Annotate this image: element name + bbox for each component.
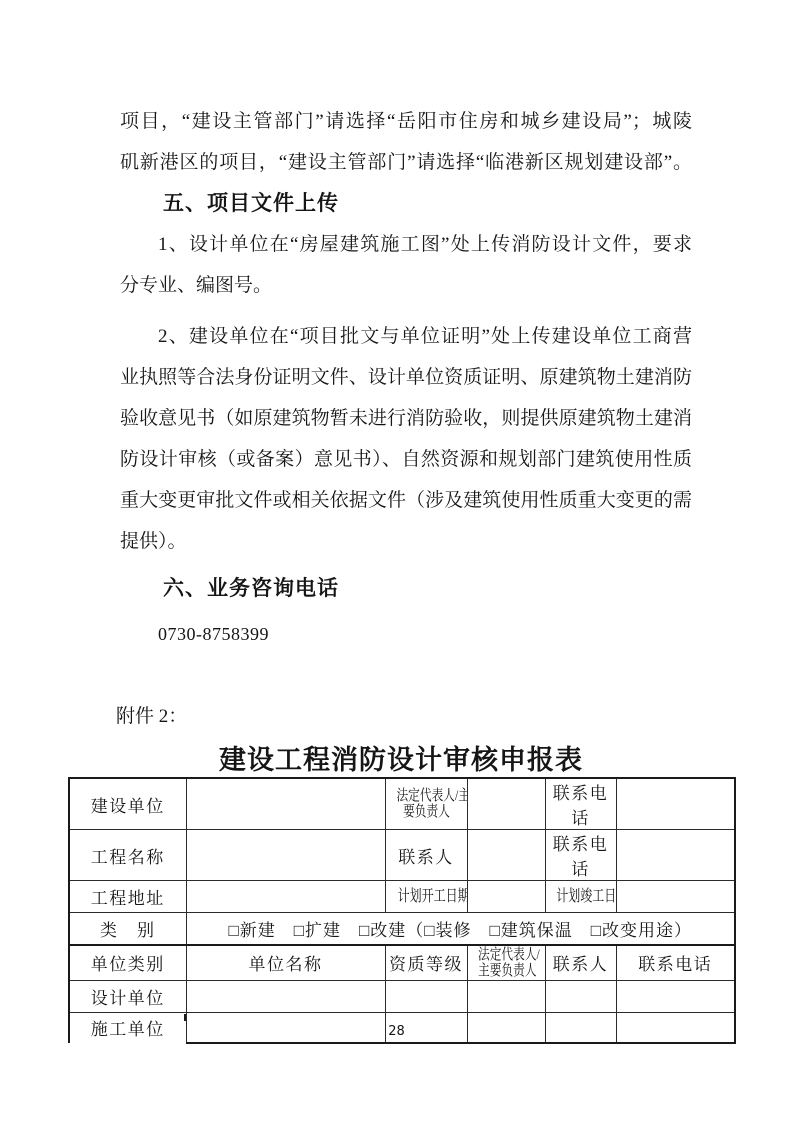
section-heading-5: 五、项目文件上传	[163, 192, 339, 216]
document-page: 项目，“建设主管部门”请选择“岳阳市住房和城乡建设局”；城陵 矶新港区的项目，“…	[0, 0, 793, 1122]
cell-label: 联系电话	[545, 830, 616, 881]
cell-label-line: 法定代表人/	[478, 947, 535, 963]
table-row-project-name: 工程名称 联系人 联系电话	[69, 830, 735, 881]
form-title: 建设工程消防设计审核申报表	[68, 738, 734, 777]
text-line: 提供）。	[120, 521, 692, 562]
cell-label: 设计单位	[69, 981, 186, 1013]
text-line: 矶新港区的项目，“建设主管部门”请选择“临港新区规划建设部”。	[120, 142, 692, 183]
body-paragraph-2: 2、建设单位在“项目批文与单位证明”处上传建设单位工商营 业执照等合法身份证明文…	[120, 316, 692, 562]
cell-label: 法定代表人/ 主要负责人	[467, 945, 545, 981]
text-line: 验收意见书（如原建筑物暂未进行消防验收，则提供原建筑物土建消	[120, 398, 692, 439]
cell-value	[186, 778, 385, 830]
cell-label: 类 别	[69, 913, 186, 945]
cell-label: 资质等级	[385, 945, 467, 981]
cell-value	[467, 778, 545, 830]
cell-label: 单位名称	[186, 945, 385, 981]
cell-label: 计划开工日期	[385, 881, 467, 913]
cell-value	[616, 830, 735, 881]
cell-label-line: 计划竣工日期	[556, 888, 606, 906]
table-row-construction-unit: 建设单位 法定代表人/主 要负责人 联系电话	[69, 778, 735, 830]
cell-label: 工程地址	[69, 881, 186, 913]
cell-label: 联系人	[385, 830, 467, 881]
text-line: 2、建设单位在“项目批文与单位证明”处上传建设单位工商营	[120, 316, 692, 357]
text-line: 分专业、编图号。	[120, 265, 692, 306]
cell-label: 单位类别	[69, 945, 186, 981]
cell-value	[385, 981, 467, 1013]
cell-label: 联系人	[545, 945, 616, 981]
cell-label: 联系电话	[616, 945, 735, 981]
cell-value	[545, 981, 616, 1013]
phone-number: 0730-8758399	[158, 624, 269, 645]
text-line: 防设计审核（或备案）意见书）、自然资源和规划部门建筑使用性质	[120, 439, 692, 480]
cell-label-line: 法定代表人/主	[396, 788, 456, 804]
cell-label: 建设单位	[69, 778, 186, 830]
cell-value	[186, 830, 385, 881]
cell-label: 法定代表人/主 要负责人	[385, 778, 467, 830]
cell-value	[616, 881, 735, 913]
cell-value	[186, 881, 385, 913]
cell-label: 计划竣工日期	[545, 881, 616, 913]
attachment-label: 附件 2：	[116, 701, 187, 728]
category-checkbox-options: □新建 □扩建 □改建（□装修 □建筑保温 □改变用途）	[186, 913, 735, 945]
text-line: 项目，“建设主管部门”请选择“岳阳市住房和城乡建设局”；城陵	[120, 101, 692, 142]
table-row-unit-header: 单位类别 单位名称 资质等级 法定代表人/ 主要负责人 联系人 联系电话	[69, 945, 735, 981]
cell-label-line: 要负责人	[396, 804, 456, 820]
section-heading-6: 六、业务咨询电话	[163, 577, 339, 601]
text-line: 1、设计单位在“房屋建筑施工图”处上传消防设计文件，要求	[120, 224, 692, 265]
cell-value	[616, 778, 735, 830]
cell-label: 联系电话	[545, 778, 616, 830]
table-border-stub	[184, 1014, 186, 1021]
cell-value	[467, 981, 545, 1013]
cell-label-line: 计划开工日期	[397, 888, 455, 906]
table-row-category: 类 别 □新建 □扩建 □改建（□装修 □建筑保温 □改变用途）	[69, 913, 735, 945]
cell-label: 工程名称	[69, 830, 186, 881]
cell-value	[616, 981, 735, 1013]
body-paragraph-1: 1、设计单位在“房屋建筑施工图”处上传消防设计文件，要求 分专业、编图号。	[120, 224, 692, 306]
table-border-stub	[68, 1014, 70, 1021]
text-line: 重大变更审批文件或相关依据文件（涉及建筑使用性质重大变更的需	[120, 480, 692, 521]
cell-label-line: 主要负责人	[478, 963, 535, 979]
cell-value	[467, 830, 545, 881]
page-number: 28	[0, 1024, 793, 1039]
body-paragraph-continuation: 项目，“建设主管部门”请选择“岳阳市住房和城乡建设局”；城陵 矶新港区的项目，“…	[120, 101, 692, 183]
table-row-project-address: 工程地址 计划开工日期 计划竣工日期	[69, 881, 735, 913]
cell-value	[467, 881, 545, 913]
text-line: 业执照等合法身份证明文件、设计单位资质证明、原建筑物土建消防	[120, 357, 692, 398]
cell-value	[186, 981, 385, 1013]
form-table: 建设单位 法定代表人/主 要负责人 联系电话 工程名称 联系人 联系电话 工程地…	[68, 777, 736, 1044]
table-row-design-unit: 设计单位	[69, 981, 735, 1013]
